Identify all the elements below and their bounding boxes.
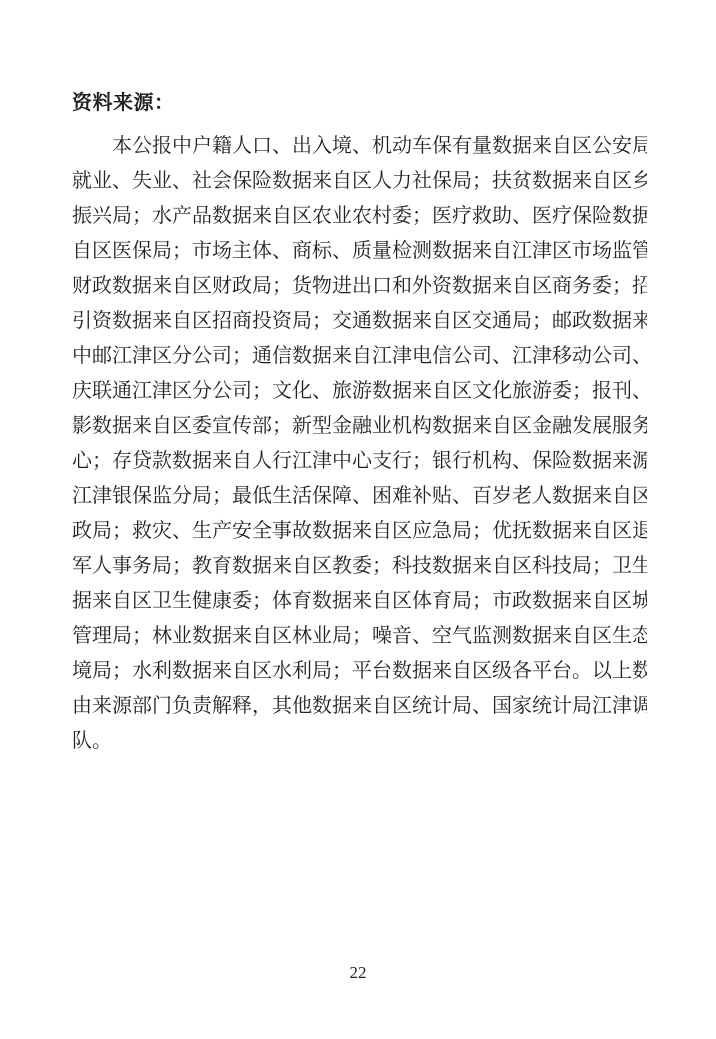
paragraph-line: 中邮江津区分公司；通信数据来自江津电信公司、江津移动公司、重 — [72, 339, 647, 374]
section-heading: 资料来源： — [72, 90, 647, 116]
paragraph-line: 振兴局；水产品数据来自区农业农村委；医疗救助、医疗保险数据来 — [72, 199, 647, 234]
paragraph-line: 队。 — [72, 724, 647, 759]
paragraph-line: 本公报中户籍人口、出入境、机动车保有量数据来自区公安局； — [72, 129, 647, 164]
paragraph-line: 据来自区卫生健康委；体育数据来自区体育局；市政数据来自区城市 — [72, 584, 647, 619]
paragraph-line: 影数据来自区委宣传部；新型金融业机构数据来自区金融发展服务中 — [72, 409, 647, 444]
paragraph-line: 心；存贷款数据来自人行江津中心支行；银行机构、保险数据来源于 — [72, 444, 647, 479]
paragraph-line: 由来源部门负责解释，其他数据来自区统计局、国家统计局江津调查 — [72, 689, 647, 724]
paragraph-line: 政局；救灾、生产安全事故数据来自区应急局；优抚数据来自区退役 — [72, 514, 647, 549]
paragraph-line: 财政数据来自区财政局；货物进出口和外资数据来自区商务委；招商 — [72, 269, 647, 304]
paragraph-line: 自区医保局；市场主体、商标、质量检测数据来自江津区市场监管局； — [72, 234, 647, 269]
paragraph-line: 江津银保监分局；最低生活保障、困难补贴、百岁老人数据来自区民 — [72, 479, 647, 514]
paragraph-line: 就业、失业、社会保险数据来自区人力社保局；扶贫数据来自区乡村 — [72, 164, 647, 199]
page-content: 资料来源： 本公报中户籍人口、出入境、机动车保有量数据来自区公安局； 就业、失业… — [72, 90, 647, 759]
paragraph-line: 军人事务局；教育数据来自区教委；科技数据来自区科技局；卫生数 — [72, 549, 647, 584]
sources-paragraph: 本公报中户籍人口、出入境、机动车保有量数据来自区公安局； 就业、失业、社会保险数… — [72, 129, 647, 759]
paragraph-line: 庆联通江津区分公司；文化、旅游数据来自区文化旅游委；报刊、电 — [72, 374, 647, 409]
paragraph-line: 管理局；林业数据来自区林业局；噪音、空气监测数据来自区生态环 — [72, 619, 647, 654]
page-number: 22 — [0, 962, 716, 984]
paragraph-line: 引资数据来自区招商投资局；交通数据来自区交通局；邮政数据来自 — [72, 304, 647, 339]
paragraph-line: 境局；水利数据来自区水利局；平台数据来自区级各平台。以上数据 — [72, 654, 647, 689]
document-page: 资料来源： 本公报中户籍人口、出入境、机动车保有量数据来自区公安局； 就业、失业… — [0, 0, 716, 1039]
